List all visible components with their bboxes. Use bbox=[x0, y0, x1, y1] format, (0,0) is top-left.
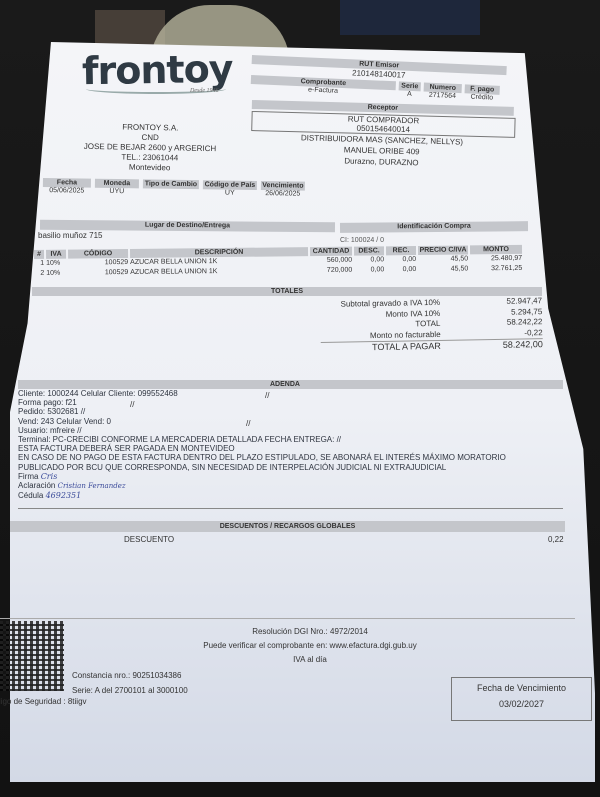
footer-left: Constancia nro.: 90251034386 Serie: A de… bbox=[72, 668, 188, 698]
vencimiento-value: 26/06/2025 bbox=[261, 190, 305, 198]
table-cell: 25.480,97 bbox=[470, 254, 522, 265]
totals-label: Monto no facturable bbox=[321, 329, 441, 342]
adenda-line: Forma pago: f21 bbox=[18, 398, 578, 407]
tipo-cambio-header: Tipo de Cambio bbox=[143, 179, 199, 189]
adenda-slash: // bbox=[130, 400, 134, 409]
table-cell: 2 bbox=[34, 269, 44, 279]
divider bbox=[0, 618, 575, 619]
adenda-line: Usuario: mfreire // bbox=[18, 426, 578, 435]
totals-block: Subtotal gravado a IVA 10%52.947,47Monto… bbox=[320, 296, 543, 353]
table-cell: 0,00 bbox=[386, 255, 416, 265]
descuento-value: 0,22 bbox=[548, 535, 564, 544]
col-header: CANTIDAD bbox=[310, 247, 352, 256]
moneda-value: UYU bbox=[95, 188, 139, 196]
moneda-header: Moneda bbox=[95, 179, 139, 189]
col-header: REC. bbox=[386, 246, 416, 255]
adenda-line: Pedido: 5302681 // bbox=[18, 407, 578, 416]
table-cell: 1 bbox=[34, 259, 44, 269]
divider bbox=[18, 508, 563, 509]
table-cell: 10% bbox=[46, 259, 66, 269]
totals-value: 58.242,00 bbox=[463, 339, 543, 351]
destino-value: basilio muñoz 715 bbox=[38, 231, 102, 240]
col-header: MONTO bbox=[470, 245, 522, 255]
resolucion-text: Resolución DGI Nro.: 4972/2014 bbox=[140, 625, 480, 639]
aclaracion-label: Aclaración bbox=[18, 481, 55, 490]
fecha-vencimiento-value: 03/02/2027 bbox=[452, 696, 591, 712]
col-header: # bbox=[34, 250, 44, 259]
adenda-line: EN CASO DE NO PAGO DE ESTA FACTURA DENTR… bbox=[18, 453, 578, 462]
receptor-block: Receptor RUT COMPRADOR 050154640014 DIST… bbox=[250, 100, 522, 171]
table-cell: 720,000 bbox=[310, 266, 352, 276]
aclaracion-handwritten: Cristian Fernandez bbox=[58, 482, 126, 490]
adenda-line: PUBLICADO POR BCU QUE CORRESPONDA, SIN N… bbox=[18, 463, 578, 472]
table-cell: 0,00 bbox=[354, 265, 384, 275]
vencimiento-header: Vencimiento bbox=[261, 181, 305, 191]
numero-header: Numero bbox=[424, 83, 462, 94]
descuentos-header: DESCUENTOS / RECARGOS GLOBALES bbox=[10, 521, 565, 532]
logo-tagline: Desde 1946 bbox=[190, 88, 219, 94]
adenda-label: ADENDA bbox=[270, 380, 300, 389]
issuer-block: FRONTOY S.A. CND JOSE DE BEJAR 2600 y AR… bbox=[60, 121, 241, 174]
col-header: CÓDIGO bbox=[68, 249, 128, 259]
fpago-header: F. pago bbox=[465, 84, 500, 95]
qr-code[interactable] bbox=[0, 621, 64, 691]
table-cell: 45,50 bbox=[418, 264, 468, 275]
adenda-line: Vend: 243 Celular Vend: 0 bbox=[18, 417, 578, 426]
adenda-slash: // bbox=[265, 391, 269, 400]
verificar-text: Puede verificar el comprobante en: www.e… bbox=[140, 639, 480, 653]
descuento-label: DESCUENTO bbox=[124, 535, 174, 544]
adenda-line: ESTA FACTURA DEBERÁ SER PAGADA EN MONTEV… bbox=[18, 444, 578, 453]
table-cell: 560,000 bbox=[310, 256, 352, 266]
iva-text: IVA al día bbox=[140, 653, 480, 667]
table-cell: 0,00 bbox=[386, 265, 416, 275]
items-table: # IVA CÓDIGO DESCRIPCIÓN CANTIDAD DESC. … bbox=[34, 245, 534, 279]
background-object bbox=[340, 0, 480, 35]
constancia-text: Constancia nro.: 90251034386 bbox=[72, 668, 188, 683]
fecha-vencimiento-box: Fecha de Vencimiento 03/02/2027 bbox=[451, 677, 592, 721]
adenda-body: Cliente: 1000244 Celular Cliente: 099552… bbox=[18, 389, 578, 500]
col-header: IVA bbox=[46, 250, 66, 259]
table-cell: 45,50 bbox=[418, 254, 468, 265]
table-cell: 32.761,25 bbox=[470, 264, 522, 275]
adenda-line: Terminal: PC-CRECIBI CONFORME LA MERCADE… bbox=[18, 435, 578, 444]
footer-center: Resolución DGI Nro.: 4972/2014 Puede ver… bbox=[140, 625, 480, 667]
table-cell: 10% bbox=[46, 269, 66, 279]
adenda-header: ADENDA bbox=[18, 380, 563, 389]
cedula-label: Cédula bbox=[18, 491, 43, 500]
codigo-pais-value: UY bbox=[203, 189, 257, 197]
fecha-header: Fecha bbox=[43, 178, 91, 188]
codigo-seguridad: Código de Seguridad : 8tiigv bbox=[0, 697, 87, 706]
totales-header: TOTALES bbox=[32, 287, 542, 296]
adenda-line: Cliente: 1000244 Celular Cliente: 099552… bbox=[18, 389, 578, 398]
totals-label: TOTAL A PAGAR bbox=[321, 341, 441, 354]
cedula-handwritten: 4692351 bbox=[46, 491, 82, 500]
firma-label: Firma bbox=[18, 472, 38, 481]
table-cell: 0,00 bbox=[354, 255, 384, 265]
serie-text: Serie: A del 2700101 al 3000100 bbox=[72, 683, 188, 698]
col-header: DESCRIPCIÓN bbox=[130, 247, 308, 258]
fecha-vencimiento-label: Fecha de Vencimiento bbox=[452, 680, 591, 696]
ident-compra-value: CI: 100024 / 0 bbox=[340, 237, 384, 244]
adenda-slash: // bbox=[246, 419, 250, 428]
firma-signature: Cris bbox=[41, 472, 58, 481]
col-header: DESC. bbox=[354, 246, 384, 255]
col-header: PRECIO C/IVA bbox=[418, 245, 468, 255]
table-cell: 100529 bbox=[68, 258, 128, 269]
serie-value: A bbox=[398, 90, 420, 98]
codigo-pais-header: Código de País bbox=[203, 180, 257, 190]
totals-value: -0,22 bbox=[463, 328, 543, 340]
fecha-value: 05/06/2025 bbox=[43, 187, 91, 195]
table-cell: 100529 bbox=[68, 268, 128, 279]
table-cell: AZUCAR BELLA UNION 1K bbox=[130, 266, 308, 278]
ident-compra-header: Identificación Compra bbox=[340, 221, 528, 233]
serie-header: Serie bbox=[399, 81, 421, 91]
